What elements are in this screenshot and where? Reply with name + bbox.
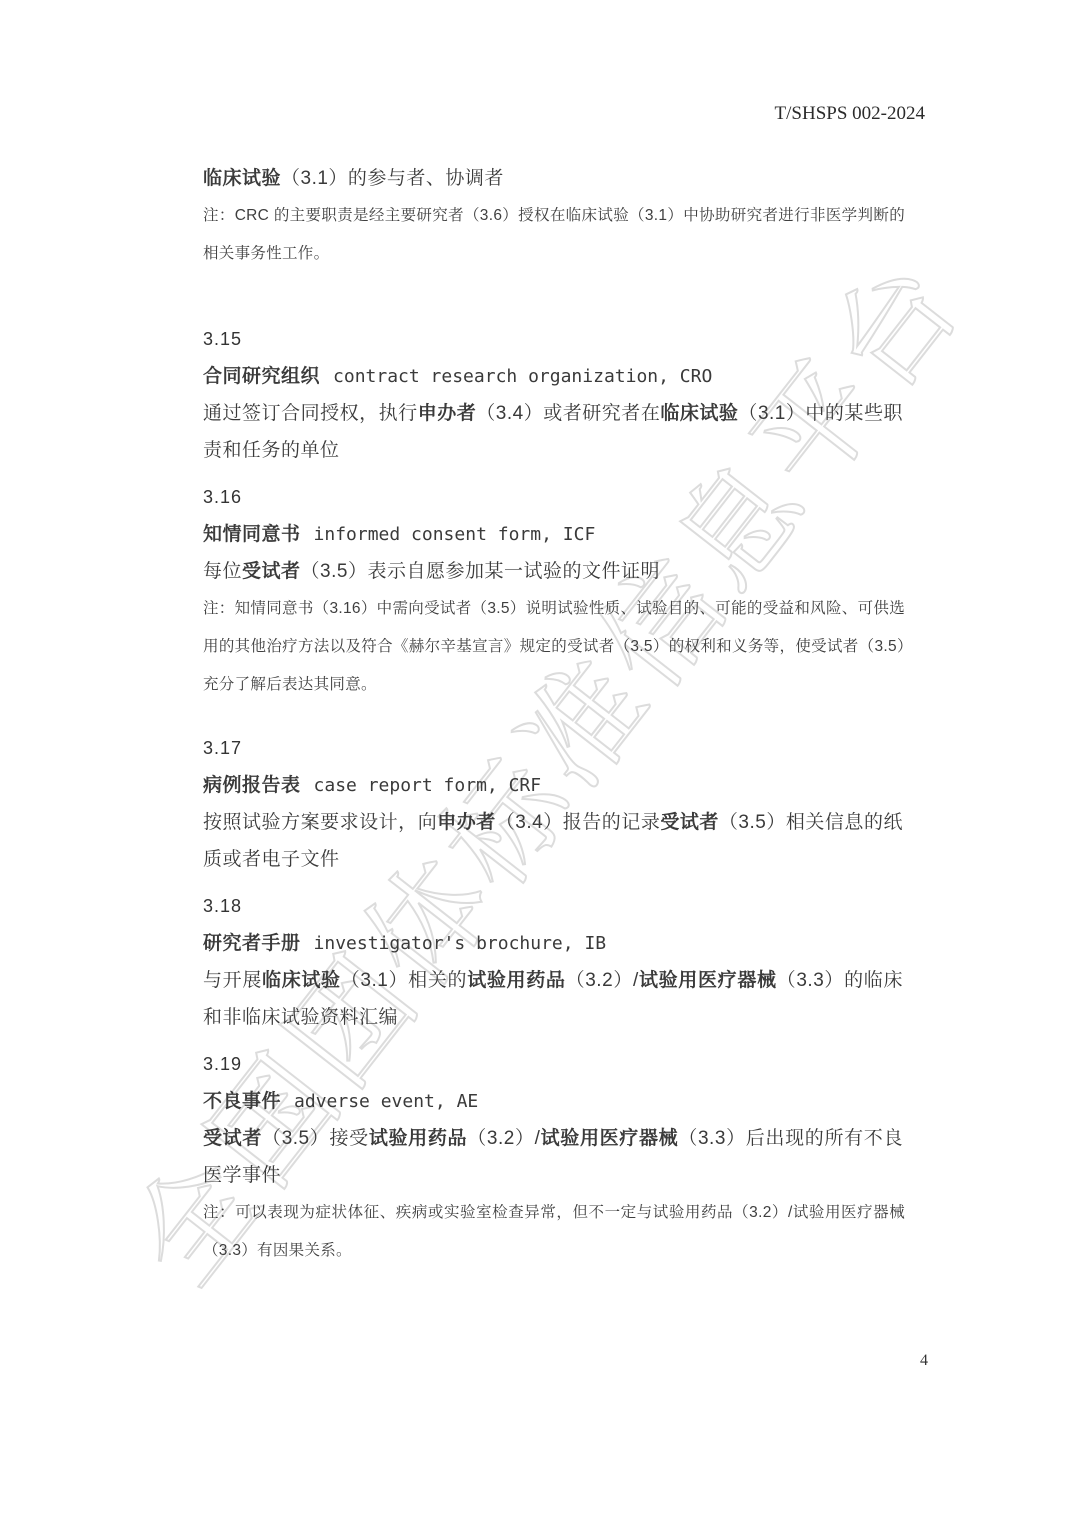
cross-reference-term: 临床试验 bbox=[660, 403, 738, 424]
term-line: 研究者手册investigator's brochure, IB bbox=[203, 925, 930, 962]
term-english: contract research organization, CRO bbox=[333, 366, 712, 387]
term-chinese: 研究者手册 bbox=[203, 933, 301, 954]
term-section: 3.19 不良事件adverse event, AE 受试者（3.5）接受试验用… bbox=[203, 1046, 930, 1270]
term-chinese: 病例报告表 bbox=[203, 775, 301, 796]
section-number: 3.18 bbox=[203, 888, 930, 925]
definition-text: 每位 bbox=[203, 561, 242, 582]
document-page: 全国团体标准信息平台 T/SHSPS 002-2024 临床试验（3.1）的参与… bbox=[0, 0, 1080, 1527]
page-footer: 4 bbox=[920, 1352, 928, 1370]
cross-reference-term: 试验用药品 bbox=[467, 970, 565, 991]
term-chinese: 不良事件 bbox=[203, 1091, 281, 1112]
definition-text: （3.5）表示自愿参加某一试验的文件证明 bbox=[301, 561, 660, 582]
cross-reference-term: 试验用医疗器械 bbox=[639, 970, 777, 991]
cross-reference-term: 临床试验 bbox=[262, 970, 341, 991]
definition-paragraph: 每位受试者（3.5）表示自愿参加某一试验的文件证明 bbox=[203, 553, 903, 590]
term-line: 合同研究组织contract research organization, CR… bbox=[203, 358, 930, 395]
carryover-definition-line: 临床试验（3.1）的参与者、协调者 bbox=[203, 160, 903, 197]
definition-text: （3.4）报告的记录 bbox=[496, 812, 661, 833]
definition-text: 按照试验方案要求设计，向 bbox=[203, 812, 437, 833]
cross-reference-term: 试验用医疗器械 bbox=[540, 1128, 678, 1149]
term-chinese: 知情同意书 bbox=[203, 524, 301, 545]
note-paragraph: 注：知情同意书（3.16）中需向受试者（3.5）说明试验性质、试验目的、可能的受… bbox=[203, 590, 905, 704]
definition-paragraph: 通过签订合同授权，执行申办者（3.4）或者研究者在临床试验（3.1）中的某些职责… bbox=[203, 395, 903, 469]
term-english: investigator's brochure, IB bbox=[314, 933, 607, 954]
definition-paragraph: 与开展临床试验（3.1）相关的试验用药品（3.2）/试验用医疗器械（3.3）的临… bbox=[203, 962, 903, 1036]
document-content: 临床试验（3.1）的参与者、协调者 注：CRC 的主要职责是经主要研究者（3.6… bbox=[0, 0, 1080, 1270]
note-paragraph: 注：可以表现为症状体征、疾病或实验室检查异常，但不一定与试验用药品（3.2）/试… bbox=[203, 1194, 905, 1270]
cross-reference-term: 受试者 bbox=[242, 561, 301, 582]
term-chinese: 合同研究组织 bbox=[203, 366, 320, 387]
carryover-note: 注：CRC 的主要职责是经主要研究者（3.6）授权在临床试验（3.1）中协助研究… bbox=[203, 197, 905, 273]
section-number: 3.17 bbox=[203, 730, 930, 767]
term-english: adverse event, AE bbox=[294, 1091, 478, 1112]
section-number: 3.15 bbox=[203, 321, 930, 358]
definition-text: （3.2）/ bbox=[467, 1128, 540, 1149]
definition-text: 与开展 bbox=[203, 970, 262, 991]
cross-reference-term: 申办者 bbox=[418, 403, 477, 424]
terms-sections: 3.15 合同研究组织contract research organizatio… bbox=[203, 321, 930, 1270]
definition-text: （3.5）接受 bbox=[262, 1128, 369, 1149]
section-number: 3.19 bbox=[203, 1046, 930, 1083]
definition-text: （3.4）或者研究者在 bbox=[476, 403, 660, 424]
definition-paragraph: 按照试验方案要求设计，向申办者（3.4）报告的记录受试者（3.5）相关信息的纸质… bbox=[203, 804, 903, 878]
definition-text: （3.1）的参与者、协调者 bbox=[281, 168, 504, 189]
cross-reference-term: 试验用药品 bbox=[369, 1128, 467, 1149]
section-number: 3.16 bbox=[203, 479, 930, 516]
term-line: 知情同意书informed consent form, ICF bbox=[203, 516, 930, 553]
term-section: 3.15 合同研究组织contract research organizatio… bbox=[203, 321, 930, 469]
term-english: informed consent form, ICF bbox=[314, 524, 596, 545]
term-section: 3.17 病例报告表case report form, CRF 按照试验方案要求… bbox=[203, 730, 930, 878]
cross-reference-term: 受试者 bbox=[203, 1128, 262, 1149]
term-section: 3.18 研究者手册investigator's brochure, IB 与开… bbox=[203, 888, 930, 1036]
page-number: 4 bbox=[920, 1352, 928, 1369]
term-line: 不良事件adverse event, AE bbox=[203, 1083, 930, 1120]
definition-paragraph: 受试者（3.5）接受试验用药品（3.2）/试验用医疗器械（3.3）后出现的所有不… bbox=[203, 1120, 903, 1194]
definition-text: （3.2）/ bbox=[566, 970, 639, 991]
term-line: 病例报告表case report form, CRF bbox=[203, 767, 930, 804]
definition-text: （3.1）相关的 bbox=[341, 970, 467, 991]
term-section: 3.16 知情同意书informed consent form, ICF 每位受… bbox=[203, 479, 930, 704]
definition-text: 通过签订合同授权，执行 bbox=[203, 403, 418, 424]
cross-reference-term: 申办者 bbox=[437, 812, 496, 833]
cross-reference-term: 临床试验 bbox=[203, 168, 281, 189]
term-english: case report form, CRF bbox=[314, 775, 542, 796]
cross-reference-term: 受试者 bbox=[660, 812, 719, 833]
